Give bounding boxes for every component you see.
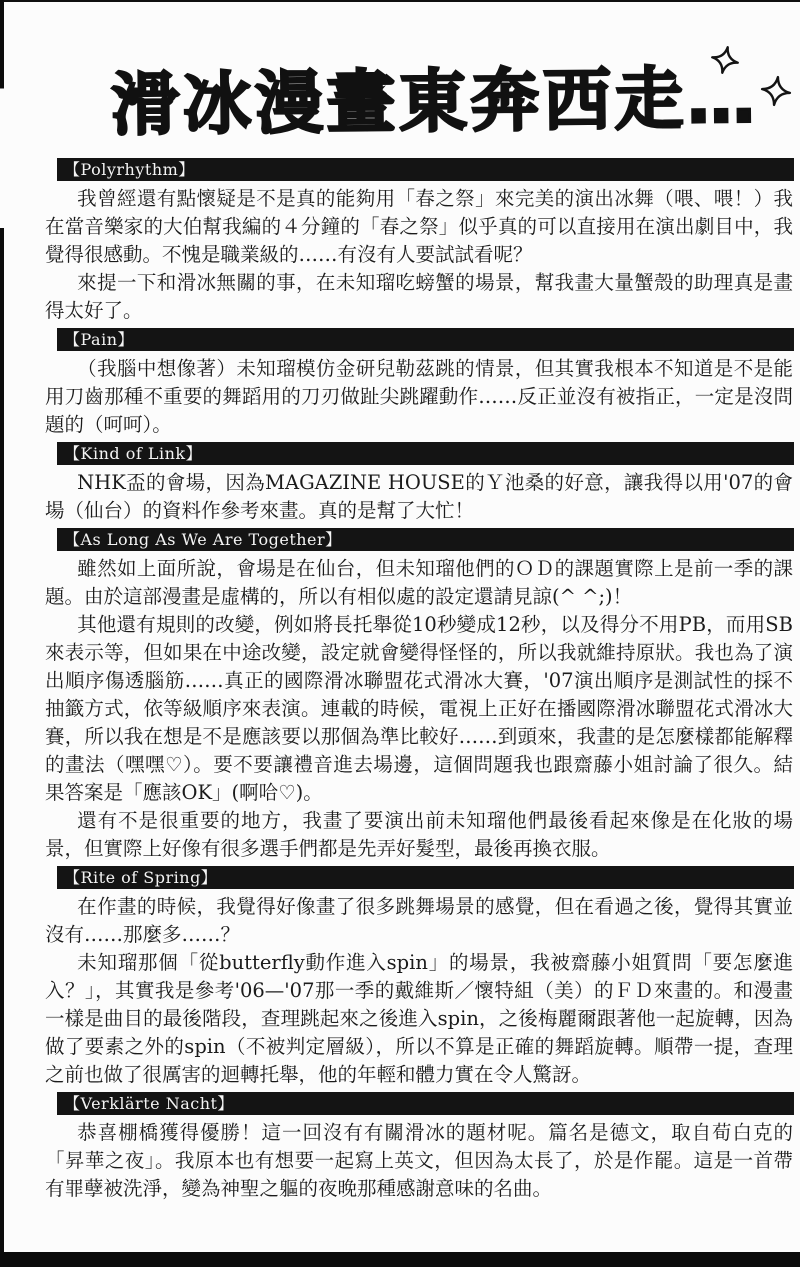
section-kind-of-link: 【Kind of Link】 NHK盃的會場，因為MAGAZINE HOUSE的… (45, 443, 793, 525)
section-polyrhythm: 【Polyrhythm】 我曾經還有點懷疑是不是真的能夠用「春之祭」來完美的演出… (45, 159, 793, 325)
page-title: 滑冰漫畫東奔西走… (110, 45, 761, 149)
paragraph: 在作畫的時候，我覺得好像畫了很多跳舞場景的感覺，但在看過之後，覺得其實並沒有……… (45, 893, 793, 949)
section-header: 【Polyrhythm】 (58, 159, 793, 180)
scan-edge-top (0, 0, 800, 2)
paragraph: 未知瑠那個「從butterfly動作進入spin」的場景，我被齋藤小姐質問「要怎… (45, 949, 793, 1089)
paragraph: NHK盃的會場，因為MAGAZINE HOUSE的Ｙ池桑的好意，讓我得以用'07… (45, 469, 793, 525)
article-content: 【Polyrhythm】 我曾經還有點懷疑是不是真的能夠用「春之祭」來完美的演出… (45, 159, 793, 1203)
paragraph: 還有不是很重要的地方，我畫了要演出前未知瑠他們最後看起來像是在化妝的場景，但實際… (45, 807, 793, 863)
paragraph: 其他還有規則的改變，例如將長托舉從10秒變成12秒，以及得分不用PB，而用SB來… (45, 611, 793, 807)
paragraph: 恭喜棚橋獲得優勝！這一回沒有有關滑冰的題材呢。篇名是德文，取自荀白克的「昇華之夜… (45, 1119, 793, 1203)
section-pain: 【Pain】 （我腦中想像著）未知瑠模仿金研兒勒茲跳的情景，但其實我根本不知道是… (45, 329, 793, 439)
scan-edge-left (0, 0, 4, 1267)
scan-edge-bottom (0, 1252, 800, 1267)
section-as-long-as-we-are-together: 【As Long As We Are Together】 雖然如上面所說，會場是… (45, 529, 793, 863)
paragraph: 雖然如上面所說，會場是在仙台，但未知瑠他們的ＯＤ的課題實際上是前一季的課題。由於… (45, 555, 793, 611)
section-header: 【Kind of Link】 (58, 443, 793, 464)
section-header: 【As Long As We Are Together】 (58, 529, 793, 550)
section-header: 【Verklärte Nacht】 (58, 1093, 793, 1114)
section-verklaerte-nacht: 【Verklärte Nacht】 恭喜棚橋獲得優勝！這一回沒有有關滑冰的題材呢… (45, 1093, 793, 1203)
paragraph: （我腦中想像著）未知瑠模仿金研兒勒茲跳的情景，但其實我根本不知道是不是能用刀齒那… (45, 355, 793, 439)
section-header: 【Pain】 (58, 329, 793, 350)
paragraph: 我曾經還有點懷疑是不是真的能夠用「春之祭」來完美的演出冰舞（喂、喂！）我在當音樂… (45, 185, 793, 269)
scanned-book-page: 滑冰漫畫東奔西走… 【Polyrhythm】 我曾經還有點懷疑是不是真的能夠用「… (0, 0, 800, 1267)
paragraph: 來提一下和滑冰無關的事，在未知瑠吃螃蟹的場景，幫我畫大量蟹殼的助理真是畫得太好了… (45, 269, 793, 325)
sparkle-icon (700, 40, 800, 112)
section-header: 【Rite of Spring】 (58, 867, 793, 888)
section-rite-of-spring: 【Rite of Spring】 在作畫的時候，我覺得好像畫了很多跳舞場景的感覺… (45, 867, 793, 1089)
